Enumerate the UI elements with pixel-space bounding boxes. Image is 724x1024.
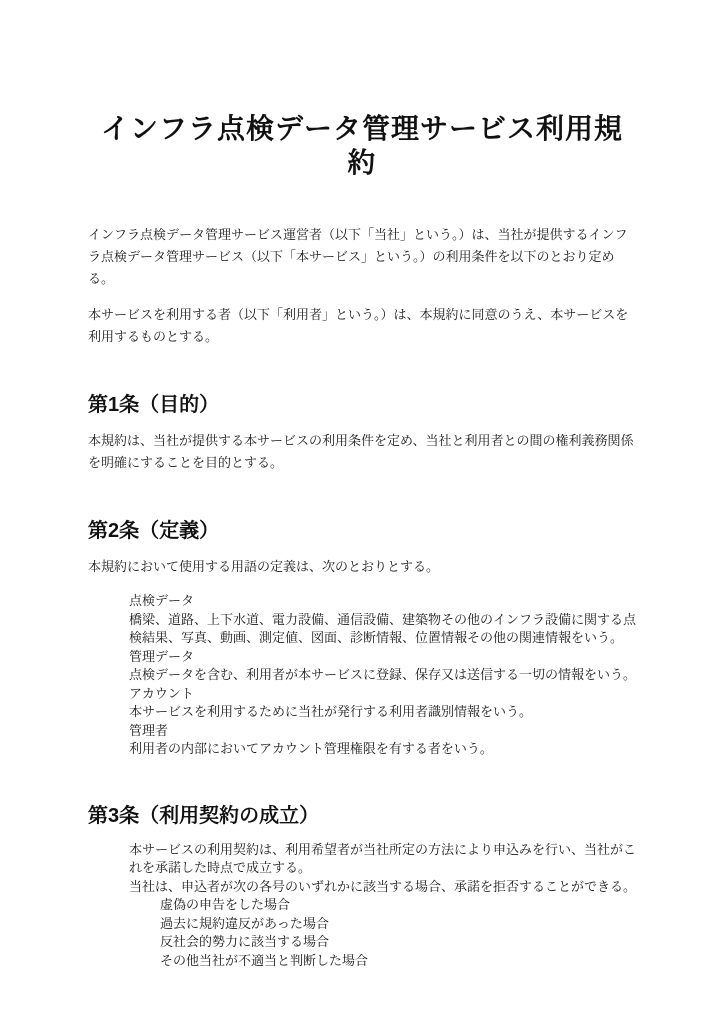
- definition-term: 点検データ: [129, 592, 636, 611]
- article-2-heading: 第2条（定義）: [88, 518, 636, 544]
- condition-item: 反社会的勢力に該当する場合: [160, 933, 636, 952]
- article-1-heading: 第1条（目的）: [88, 392, 636, 418]
- intro-paragraph-1: インフラ点検データ管理サービス運営者（以下「当社」という。）は、当社が提供するイ…: [88, 224, 636, 290]
- condition-item: 過去に規約違反があった場合: [160, 915, 636, 934]
- definition-description: 本サービスを利用するために当社が発行する利用者識別情報をいう。: [129, 703, 636, 722]
- article-3: 第3条（利用契約の成立） 本サービスの利用契約は、利用希望者が当社所定の方法によ…: [88, 803, 636, 971]
- definition-description: 利用者の内部においてアカウント管理権限を有する者をいう。: [129, 740, 636, 759]
- conditions-list: 虚偽の申告をした場合 過去に規約違反があった場合 反社会的勢力に該当する場合 そ…: [160, 896, 636, 970]
- article-1-paragraph: 本規約は、当社が提供する本サービスの利用条件を定め、当社と利用者との間の権利義務…: [88, 430, 636, 474]
- condition-item: 虚偽の申告をした場合: [160, 896, 636, 915]
- definition-term: アカウント: [129, 685, 636, 704]
- document-page: インフラ点検データ管理サービス利用規約 インフラ点検データ管理サービス運営者（以…: [0, 0, 724, 1024]
- article-1: 第1条（目的） 本規約は、当社が提供する本サービスの利用条件を定め、当社と利用者…: [88, 392, 636, 474]
- article-3-heading: 第3条（利用契約の成立）: [88, 803, 636, 829]
- clause: 本サービスの利用契約は、利用希望者が当社所定の方法により申込みを行い、当社がこれ…: [129, 841, 636, 878]
- definition-term: 管理データ: [129, 648, 636, 667]
- document-title: インフラ点検データ管理サービス利用規約: [88, 112, 636, 180]
- definition-description: 橋梁、道路、上下水道、電力設備、通信設備、建築物その他のインフラ設備に関する点検…: [129, 611, 636, 648]
- article-2-paragraph: 本規約において使用する用語の定義は、次のとおりとする。: [88, 556, 636, 578]
- clause: 当社は、申込者が次の各号のいずれかに該当する場合、承諾を拒否することができる。: [129, 878, 636, 897]
- article-2: 第2条（定義） 本規約において使用する用語の定義は、次のとおりとする。 点検デー…: [88, 518, 636, 759]
- definitions-list: 点検データ 橋梁、道路、上下水道、電力設備、通信設備、建築物その他のインフラ設備…: [129, 592, 636, 759]
- clauses-list: 本サービスの利用契約は、利用希望者が当社所定の方法により申込みを行い、当社がこれ…: [129, 841, 636, 971]
- intro-paragraph-2: 本サービスを利用する者（以下「利用者」という。）は、本規約に同意のうえ、本サービ…: [88, 304, 636, 348]
- condition-item: その他当社が不適当と判断した場合: [160, 952, 636, 971]
- definition-description: 点検データを含む、利用者が本サービスに登録、保存又は送信する一切の情報をいう。: [129, 666, 636, 685]
- intro-section: インフラ点検データ管理サービス運営者（以下「当社」という。）は、当社が提供するイ…: [88, 224, 636, 348]
- definition-term: 管理者: [129, 722, 636, 741]
